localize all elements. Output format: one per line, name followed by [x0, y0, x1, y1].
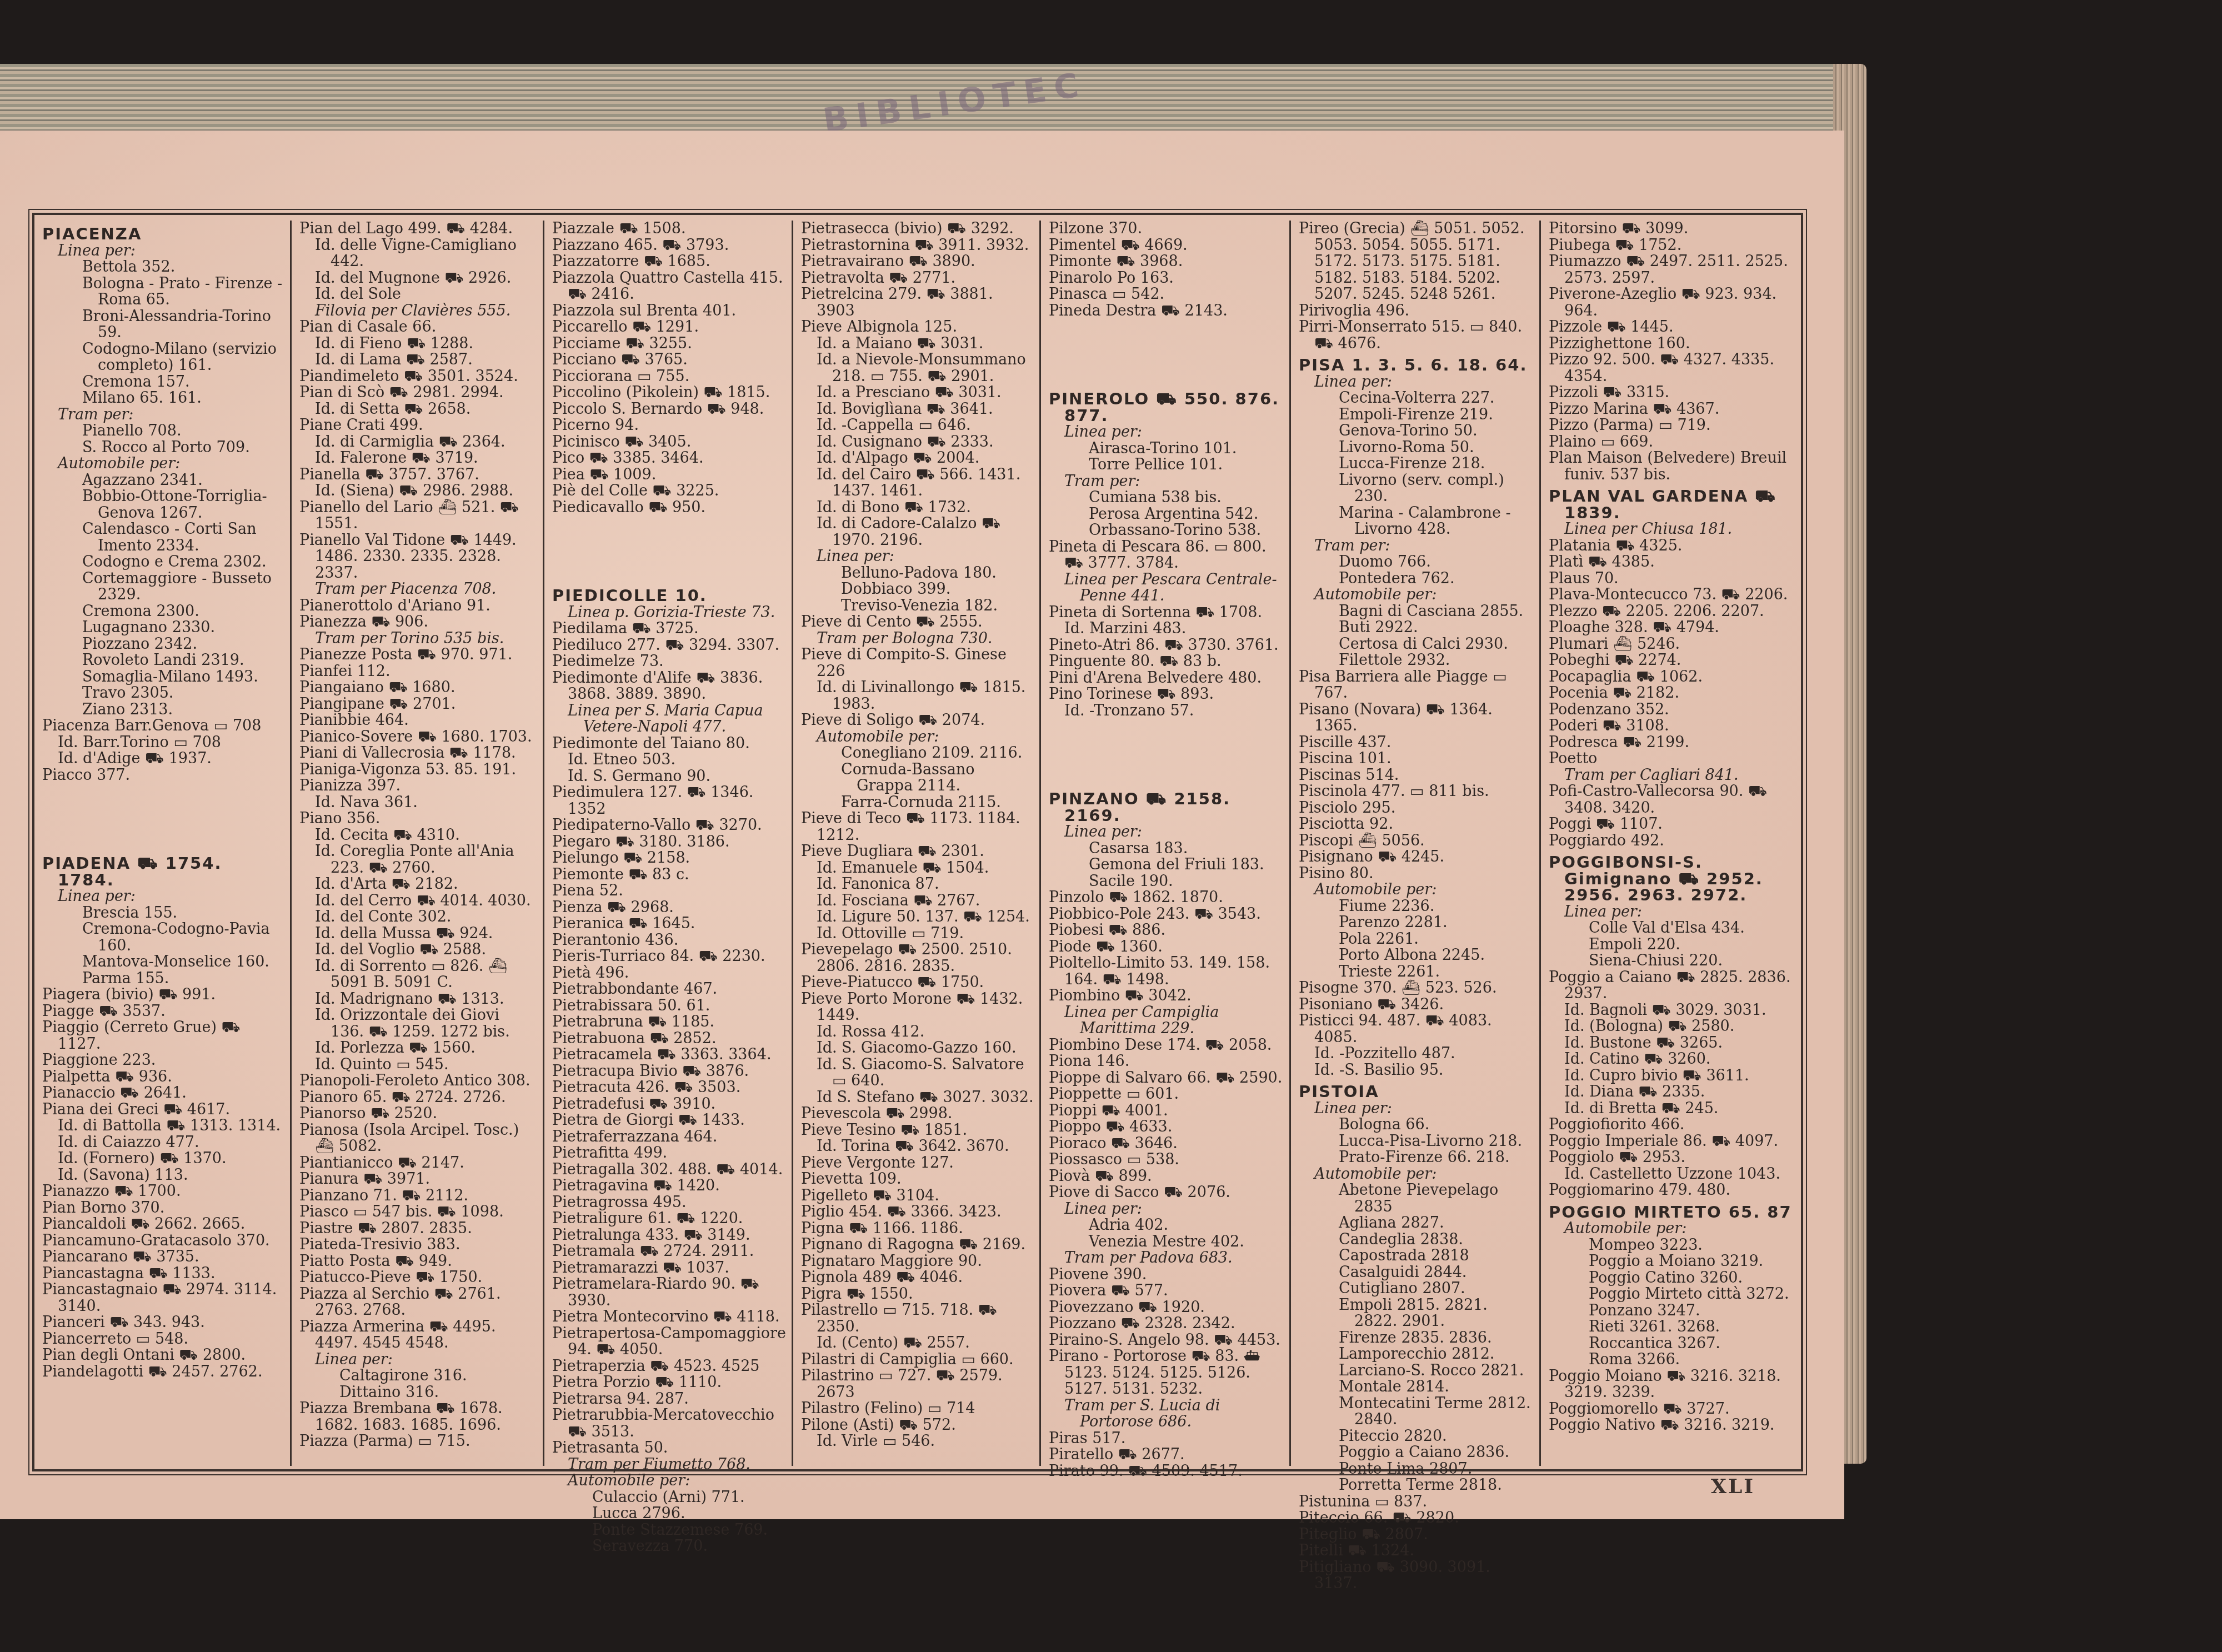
index-entry: Caltagirone 316. — [299, 1368, 537, 1384]
service-label: Automobile per: — [1299, 1166, 1534, 1183]
index-entry: Id. Porlezza ⛟ 1560. — [299, 1040, 537, 1057]
index-entry: Pigelleto ⛟ 3104. — [801, 1188, 1034, 1204]
index-entry: Pievescola ⛟ 2998. — [801, 1105, 1034, 1122]
index-entry: Piazza (Parma) ▭ 715. — [299, 1433, 537, 1450]
index-entry: Id. della Mussa ⛟ 924. — [299, 925, 537, 942]
index-entry: Piedimonte del Taiano 80. — [552, 735, 786, 752]
index-entry: Piedipaterno-Vallo ⛟ 3270. — [552, 817, 786, 834]
index-entry: Pisino 80. — [1299, 865, 1534, 882]
index-entry: Pisciotta 92. — [1299, 816, 1534, 833]
service-label: Filovia per Clavières 555. — [299, 303, 537, 319]
index-entry: Piteccio 66. ⛟ 2820. — [1299, 1510, 1534, 1526]
index-entry: Trieste 2261. — [1299, 964, 1534, 980]
index-entry: Rieti 3261. 3268. — [1549, 1319, 1795, 1335]
index-entry: Empoli 2815. 2821. 2822. 2901. — [1299, 1297, 1534, 1330]
index-entry: Pofi-Castro-Vallecorsa 90. ⛟ 3408. 3420. — [1549, 783, 1795, 816]
index-entry: Ziano 2313. — [42, 702, 284, 718]
index-entry: Pietrarubbia-Mercatovecchio ⛟ 3513. — [552, 1407, 786, 1440]
index-entry: Pietragavina ⛟ 1420. — [552, 1178, 786, 1194]
index-entry: Id. di Carmiglia ⛟ 2364. — [299, 434, 537, 450]
index-entry: Pioraco ⛟ 3646. — [1049, 1135, 1284, 1152]
index-entry: Abetone Pievepelago 2835 — [1299, 1182, 1534, 1215]
index-entry: Id. Virle ▭ 546. — [801, 1433, 1034, 1450]
index-entry: Pineta di Sortenna ⛟ 1708. — [1049, 604, 1284, 621]
section-heading: POGGIO MIRTETO 65. 87 — [1549, 1204, 1795, 1221]
service-label: Linea per: — [1549, 904, 1795, 920]
index-entry: Sacile 190. — [1049, 873, 1284, 890]
index-entry: Piandimeleto ⛟ 3501. 3524. — [299, 368, 537, 385]
index-entry: Pigra ⛟ 1550. — [801, 1286, 1034, 1303]
service-label: Linea per: — [299, 1351, 537, 1368]
index-entry: Picerno 94. — [552, 417, 786, 434]
index-entry: Pianopoli-Feroleto Antico 308. — [299, 1073, 537, 1089]
index-entry: Pietrapertosa-Campomaggiore 94. ⛟ 4050. — [552, 1325, 786, 1358]
index-entry: Piagera (bivio) ⛟ 991. — [42, 987, 284, 1003]
index-entry: Piazzatorre ⛟ 1685. — [552, 253, 786, 270]
index-entry: Bologna - Prato - Firenze - Roma 65. — [42, 276, 284, 308]
index-entry: Roma 3266. — [1549, 1351, 1795, 1368]
index-entry: Piedimulera 127. ⛟ 1346. 1352 — [552, 784, 786, 817]
index-entry: Poderi ⛟ 3108. — [1549, 718, 1795, 734]
index-entry: Id. di Battolla ⛟ 1313. 1314. — [42, 1118, 284, 1134]
index-entry: Bagni di Casciana 2855. — [1299, 603, 1534, 620]
index-entry: Piraino-S. Angelo 98. ⛟ 4453. — [1049, 1332, 1284, 1349]
index-entry: Pietrabbondante 467. — [552, 981, 786, 998]
index-entry: Firenze 2835. 2836. — [1299, 1330, 1534, 1346]
page-frame: PIACENZALinea per:Bettola 352.Bologna - … — [32, 213, 1803, 1471]
index-entry: Piegaro ⛟ 3180. 3186. — [552, 834, 786, 850]
service-label: Linea per Chiusa 181. — [1549, 521, 1795, 538]
index-entry: Poggio a Caiano 2836. — [1299, 1444, 1534, 1461]
index-entry: Podresca ⛟ 2199. — [1549, 734, 1795, 751]
index-entry: Piancastagna ⛟ 1133. — [42, 1265, 284, 1282]
index-entry: Pianfei 112. — [299, 663, 537, 680]
index-entry: Pisogne 370. ⛴ 523. 526. — [1299, 980, 1534, 997]
index-entry: Piverone-Azeglio ⛟ 923. 934. 964. — [1549, 286, 1795, 319]
column-3: Piazzale ⛟ 1508.Piazzano 465. ⛟ 3793.Pia… — [544, 221, 793, 1466]
index-entry: Lucca-Firenze 218. — [1299, 455, 1534, 472]
index-entry: Id. S. Giacomo-Gazzo 160. — [801, 1040, 1034, 1057]
index-entry: Pianura ⛟ 3971. — [299, 1171, 537, 1188]
index-entry: Pietracamela ⛟ 3363. 3364. — [552, 1047, 786, 1063]
section-heading: PINZANO ⛟ 2158. 2169. — [1049, 791, 1284, 824]
index-entry: Agliana 2827. — [1299, 1215, 1534, 1232]
index-entry: Id. Cupro bivio ⛟ 3611. — [1549, 1068, 1795, 1084]
index-entry: Cumiana 538 bis. — [1049, 489, 1284, 506]
index-entry: Id. Castelletto Uzzone 1043. — [1549, 1166, 1795, 1183]
index-entry: Brescia 155. — [42, 905, 284, 922]
index-entry: Pimonte ⛟ 3968. — [1049, 253, 1284, 270]
index-entry: Pilone (Asti) ⛟ 572. — [801, 1417, 1034, 1434]
index-entry: Id. d'Adige ⛟ 1937. — [42, 750, 284, 767]
index-entry: Pienza ⛟ 2968. — [552, 899, 786, 916]
index-entry: Pieris-Turriaco 84. ⛟ 2230. — [552, 948, 786, 965]
index-entry: Poggio Nativo ⛟ 3216. 3219. — [1549, 1417, 1795, 1434]
column-2: Pian del Lago 499. ⛟ 4284.Id. delle Vign… — [292, 221, 544, 1466]
index-entry: Id. di Sorrento ▭ 826. ⛴ 5091 B. 5091 C. — [299, 958, 537, 991]
service-label: Tram per Cagliari 841. — [1549, 767, 1795, 784]
index-entry: Pievetta 109. — [801, 1171, 1034, 1188]
index-entry: Pietra Porzio ⛟ 1110. — [552, 1374, 786, 1391]
service-label: Tram per: — [1049, 473, 1284, 490]
index-entry: Adria 402. — [1049, 1217, 1284, 1234]
index-entry: Bologna 66. — [1299, 1117, 1534, 1133]
index-entry: Pignataro Maggiore 90. — [801, 1253, 1034, 1270]
index-entry: Pitelli ⛟ 1324. — [1299, 1543, 1534, 1559]
index-entry: Pieve di Compito-S. Ginese 226 — [801, 647, 1034, 679]
index-entry: Piatucco-Pieve ⛟ 1750. — [299, 1269, 537, 1286]
index-entry: Piteccio 2820. — [1299, 1428, 1534, 1445]
index-entry: Plumari ⛴ 5246. — [1549, 636, 1795, 653]
index-entry: Pielungo ⛟ 2158. — [552, 850, 786, 867]
index-entry: Pietramarazzi ⛟ 1037. — [552, 1260, 786, 1276]
index-entry: Siena-Chiusi 220. — [1549, 953, 1795, 969]
index-entry: Piratello ⛟ 2677. — [1049, 1446, 1284, 1463]
service-label: Automobile per: — [1299, 587, 1534, 603]
index-entry: Pigna ⛟ 1166. 1186. — [801, 1220, 1034, 1237]
index-entry: Id. -S. Basilio 95. — [1299, 1062, 1534, 1079]
index-entry: Piedimelze 73. — [552, 653, 786, 670]
service-label: Linea per: — [42, 243, 284, 259]
index-entry: Piovà ⛟ 899. — [1049, 1168, 1284, 1185]
index-entry: Pignano di Ragogna ⛟ 2169. — [801, 1237, 1034, 1253]
section-heading: PISTOIA — [1299, 1084, 1534, 1100]
index-entry: Cortemaggiore - Busseto 2329. — [42, 570, 284, 603]
index-entry: Id. Diana ⛟ 2335. — [1549, 1084, 1795, 1100]
index-entry: Belluno-Padova 180. — [801, 565, 1034, 582]
index-entry: Pietrabuona ⛟ 2852. — [552, 1030, 786, 1047]
index-entry: Id. a Maiano ⛟ 3031. — [801, 336, 1034, 352]
index-entry: Piediluco 277. ⛟ 3294. 3307. — [552, 637, 786, 654]
index-entry: Pisoniano ⛟ 3426. — [1299, 997, 1534, 1013]
index-entry: Pietragrossa 495. — [552, 1194, 786, 1211]
index-entry: Pianerottolo d'Ariano 91. — [299, 598, 537, 614]
index-entry: Casalguidi 2844. — [1299, 1264, 1534, 1281]
service-label: Linea per: — [42, 888, 284, 905]
index-entry: Pietraperzia ⛟ 4523. 4525 — [552, 1358, 786, 1375]
index-entry: Id. -Tronzano 57. — [1049, 703, 1284, 719]
index-entry: Poggio a Caiano ⛟ 2825. 2836. 2937. — [1549, 969, 1795, 1002]
index-entry: Pilastro (Felino) ▭ 714 — [801, 1400, 1034, 1417]
spacer — [1049, 719, 1284, 785]
index-entry: Perosa Argentina 542. — [1049, 506, 1284, 523]
index-entry: Codogno e Crema 2302. — [42, 554, 284, 570]
service-label: Automobile per: — [42, 455, 284, 472]
index-entry: Piaggione 223. — [42, 1052, 284, 1069]
index-entry: Id. Cusignano ⛟ 2333. — [801, 434, 1034, 450]
index-entry: Id. Catino ⛟ 3260. — [1549, 1051, 1795, 1068]
index-entry: Id. Barr.Torino ▭ 708 — [42, 734, 284, 751]
index-entry: Piozzano ⛟ 2328. 2342. — [1049, 1315, 1284, 1332]
section-heading: PLAN VAL GARDENA ⛟ 1839. — [1549, 488, 1795, 521]
index-entry: Calendasco - Corti San Imento 2334. — [42, 521, 284, 554]
index-entry: Piantianicco ⛟ 2147. — [299, 1155, 537, 1172]
index-entry: Piscinas 514. — [1299, 767, 1534, 784]
index-entry: Piena 52. — [552, 883, 786, 899]
index-entry: Piombino Dese 174. ⛟ 2058. — [1049, 1037, 1284, 1054]
index-entry: Pineto-Atri 86. ⛟ 3730. 3761. — [1049, 637, 1284, 654]
index-entry: Livorno (serv. compl.) 230. — [1299, 472, 1534, 505]
service-label: Linea p. Gorizia-Trieste 73. — [552, 604, 786, 621]
index-entry: Piteglio ⛟ 2807. — [1299, 1526, 1534, 1543]
index-entry: Orbassano-Torino 538. — [1049, 522, 1284, 539]
index-entry: Culaccio (Arni) 771. — [552, 1489, 786, 1506]
index-entry: Venezia Mestre 402. — [1049, 1234, 1284, 1250]
index-entry: Farra-Cornuda 2115. — [801, 794, 1034, 811]
index-entry: Pizzoli ⛟ 3315. — [1549, 384, 1795, 401]
index-entry: Cremona 2300. — [42, 603, 284, 620]
index-entry: Pialpetta ⛟ 936. — [42, 1069, 284, 1085]
index-entry: Pian degli Ontani ⛟ 2800. — [42, 1347, 284, 1364]
index-entry: Pizzole ⛟ 1445. — [1549, 319, 1795, 336]
index-entry: Poggio Moiano ⛟ 3216. 3218. 3219. 3239. — [1549, 1368, 1795, 1401]
index-entry: Id. a Nievole-Monsummano 218. ▭ 755. ⛟ 2… — [801, 352, 1034, 384]
index-entry: Piazza Armerina ⛟ 4495. 4497. 4545 4548. — [299, 1319, 537, 1351]
index-entry: Picciorana ▭ 755. — [552, 368, 786, 385]
index-entry: Ploaghe 328. ⛟ 4794. — [1549, 619, 1795, 636]
index-entry: Piobbico-Pole 243. ⛟ 3543. — [1049, 906, 1284, 923]
index-entry: Parenzo 2281. — [1299, 914, 1534, 931]
index-entry: Piobesi ⛟ 886. — [1049, 922, 1284, 939]
index-entry: Buti 2922. — [1299, 619, 1534, 636]
index-entry: Piovera ⛟ 577. — [1049, 1283, 1284, 1299]
index-entry: Travo 2305. — [42, 685, 284, 702]
index-entry: Fiume 2236. — [1299, 898, 1534, 915]
index-entry: Piangipane ⛟ 2701. — [299, 696, 537, 713]
index-entry: Pianaccio ⛟ 2641. — [42, 1085, 284, 1102]
index-entry: Id. di Livinallongo ⛟ 1815. 1983. — [801, 679, 1034, 712]
index-entry: Pietralunga 433. ⛟ 3149. — [552, 1227, 786, 1244]
index-entry: Pirivoglia 496. — [1299, 303, 1534, 319]
page-number: XLI — [1711, 1475, 1755, 1498]
spacer — [552, 515, 786, 582]
index-entry: Pizzo Marina ⛟ 4367. — [1549, 401, 1795, 418]
index-entry: Piscopi ⛴ 5056. — [1299, 833, 1534, 849]
index-entry: Pilastri di Campiglia ▭ 660. — [801, 1351, 1034, 1368]
index-entry: Pianazzo ⛟ 1700. — [42, 1183, 284, 1200]
index-entry: Id. Falerone ⛟ 3719. — [299, 450, 537, 467]
index-entry: Piazza al Serchio ⛟ 2761. 2763. 2768. — [299, 1286, 537, 1319]
index-entry: Bobbio-Ottone-Torriglia-Genova 1267. — [42, 488, 284, 521]
index-entry: Id. Marzini 483. — [1049, 620, 1284, 637]
index-entry: Cecina-Volterra 227. — [1299, 390, 1534, 407]
index-entry: Id. Rossa 412. — [801, 1024, 1034, 1040]
index-entry: Pisticci 94. 487. ⛟ 4083. 4085. — [1299, 1013, 1534, 1045]
index-entry: Certosa di Calci 2930. — [1299, 636, 1534, 653]
spacer — [1049, 319, 1284, 386]
index-entry: Pianosa (Isola Arcipel. Tosc.) ⛴ 5082. — [299, 1122, 537, 1155]
index-entry: Pierantonio 436. — [552, 932, 786, 949]
service-label: Automobile per: — [1549, 1220, 1795, 1237]
index-entry: Pieve Albignola 125. — [801, 319, 1034, 336]
index-entry: Cutigliano 2807. — [1299, 1280, 1534, 1297]
index-entry: Pocapaglia ⛟ 1062. — [1549, 669, 1795, 685]
index-entry: Id. Etneo 503. — [552, 752, 786, 768]
index-entry: Piove di Sacco ⛟ 2076. — [1049, 1184, 1284, 1201]
index-entry: Pietramala ⛟ 2724. 2911. — [552, 1243, 786, 1260]
index-entry: Piode ⛟ 1360. — [1049, 939, 1284, 955]
index-entry: Pietragalla 302. 488. ⛟ 4014. — [552, 1162, 786, 1178]
index-entry: Cremona 157. — [42, 374, 284, 391]
index-entry: Platania ⛟ 4325. — [1549, 538, 1795, 554]
index-entry: Id. Madrignano ⛟ 1313. — [299, 991, 537, 1008]
index-entry: Poggio Mirteto città 3272. — [1549, 1286, 1795, 1303]
index-entry: Piona 146. — [1049, 1053, 1284, 1070]
index-entry: Id. di Lama ⛟ 2587. — [299, 352, 537, 368]
section-heading: PIADENA ⛟ 1754. 1784. — [42, 855, 284, 888]
index-entry: Pietra de Giorgi ⛟ 1433. — [552, 1112, 786, 1129]
index-entry: Pobeghi ⛟ 2274. — [1549, 652, 1795, 669]
index-entry: Poetto — [1549, 750, 1795, 767]
index-entry: Pilzone 370. — [1049, 221, 1284, 237]
index-entry: Porretta Terme 2818. — [1299, 1477, 1534, 1494]
index-entry: Cremona-Codogno-Pavia 160. — [42, 921, 284, 954]
index-entry: Poggiomorello ⛟ 3727. — [1549, 1401, 1795, 1418]
index-entry: Pietrarsa 94. 287. — [552, 1391, 786, 1408]
index-entry: Piastre ⛟ 2807. 2835. — [299, 1220, 537, 1237]
index-entry: Pizzighettone 160. — [1549, 336, 1795, 352]
index-entry: Pietramelara-Riardo 90. ⛟ 3930. — [552, 1276, 786, 1309]
index-entry: Treviso-Venezia 182. — [801, 598, 1034, 614]
section-heading: PIEDICOLLE 10. — [552, 588, 786, 604]
index-entry: Cornuda-Bassano Grappa 2114. — [801, 762, 1034, 794]
index-entry: Piancaldoli ⛟ 2662. 2665. — [42, 1216, 284, 1233]
index-entry: Pietrabissara 50. 61. — [552, 998, 786, 1014]
index-entry: Pianella ⛟ 3757. 3767. — [299, 467, 537, 483]
index-entry: Empoli 220. — [1549, 937, 1795, 953]
index-entry: Id. -Cappella ▭ 646. — [801, 417, 1034, 434]
index-entry: Id. S. Germano 90. — [552, 768, 786, 785]
index-entry: Pieve Vergonte 127. — [801, 1155, 1034, 1172]
index-entry: Seravezza 770. — [552, 1538, 786, 1555]
index-entry: Plaino ▭ 669. — [1549, 434, 1795, 450]
index-entry: Id. (Cento) ⛟ 2557. — [801, 1335, 1034, 1351]
column-7: Pitorsino ⛟ 3099.Piubega ⛟ 1752.Piumazzo… — [1541, 221, 1801, 1466]
index-entry: Piea ⛟ 1009. — [552, 467, 786, 483]
index-entry: Piccolo S. Bernardo ⛟ 948. — [552, 401, 786, 418]
index-entry: Piubega ⛟ 1752. — [1549, 237, 1795, 254]
index-entry: Pianello del Lario ⛴ 521. ⛟ 1551. — [299, 499, 537, 532]
index-entry: Piazzola Quattro Castella 415. ⛟ 2416. — [552, 270, 786, 303]
index-entry: Piazzano 465. ⛟ 3793. — [552, 237, 786, 254]
index-entry: Pineda Destra ⛟ 2143. — [1049, 303, 1284, 319]
index-entry: Lucca 2796. — [552, 1505, 786, 1522]
index-entry: Id. (Fornero) ⛟ 1370. — [42, 1150, 284, 1167]
index-entry: Piovezzano ⛟ 1920. — [1049, 1299, 1284, 1316]
service-label: Automobile per: — [1299, 882, 1534, 898]
index-entry: Montecatini Terme 2812. 2840. — [1299, 1395, 1534, 1428]
index-entry: Pietrasanta 50. — [552, 1440, 786, 1456]
index-entry: Pirano - Portorose ⛟ 83. ⛴ 5123. 5124. 5… — [1049, 1348, 1284, 1398]
index-entry: Empoli-Firenze 219. — [1299, 407, 1534, 423]
index-entry: Id. del Sole — [299, 286, 537, 303]
index-entry: Id. -Pozzitello 487. — [1299, 1045, 1534, 1062]
index-entry: Somaglia-Milano 1493. — [42, 669, 284, 685]
index-entry: Pini d'Arena Belvedere 480. — [1049, 670, 1284, 687]
column-4: Pietrasecca (bivio) ⛟ 3292.Pietrastornin… — [793, 221, 1041, 1466]
index-entry: Pieve di Soligo ⛟ 2074. — [801, 712, 1034, 729]
column-5: Pilzone 370.Pimentel ⛟ 4669.Pimonte ⛟ 39… — [1041, 221, 1291, 1466]
service-label: Linea per: — [801, 548, 1034, 565]
service-label: Automobile per: — [801, 729, 1034, 745]
index-entry: Pianezza ⛟ 906. — [299, 614, 537, 630]
index-entry: Pistunina ▭ 837. — [1299, 1494, 1534, 1510]
index-entry: Pirato 99. ⛟ 4509. 4517. — [1049, 1463, 1284, 1480]
index-entry: Piane Crati 499. — [299, 417, 537, 434]
section-heading: PISA 1. 3. 5. 6. 18. 64. — [1299, 357, 1534, 374]
index-entry: Piazzola sul Brenta 401. — [552, 303, 786, 319]
index-entry: Pietrasecca (bivio) ⛟ 3292. — [801, 221, 1034, 237]
index-entry: Pietravairano ⛟ 3890. — [801, 253, 1034, 270]
index-entry: Piaggio (Cerreto Grue) ⛟ 1127. — [42, 1019, 284, 1052]
index-entry: Gemona del Friuli 183. — [1049, 857, 1284, 873]
index-entry: Pieve di Teco ⛟ 1173. 1184. 1212. — [801, 810, 1034, 843]
index-entry: Poggi ⛟ 1107. — [1549, 816, 1795, 833]
index-entry: Airasca-Torino 101. — [1049, 440, 1284, 457]
index-entry: Pianceri ⛟ 343. 943. — [42, 1314, 284, 1331]
index-entry: Picciano ⛟ 3765. — [552, 352, 786, 368]
index-entry: Piano 356. — [299, 810, 537, 827]
index-entry: Id. Bustone ⛟ 3265. — [1549, 1035, 1795, 1052]
index-entry: Pisa Barriera alle Piagge ▭ 767. — [1299, 669, 1534, 702]
index-entry: Id. S. Giacomo-S. Salvatore ▭ 640. — [801, 1057, 1034, 1089]
index-entry: Id. (Savona) 113. — [42, 1167, 284, 1184]
service-label: Linea per: — [1299, 374, 1534, 391]
index-entry: Conegliano 2109. 2116. — [801, 745, 1034, 762]
index-entry: Lucca-Pisa-Livorno 218. — [1299, 1133, 1534, 1150]
index-entry: Pisano (Novara) ⛟ 1364. 1365. — [1299, 702, 1534, 734]
index-entry: Capostrada 2818 — [1299, 1248, 1534, 1264]
index-entry: Id. Bagnoli ⛟ 3029. 3031. — [1549, 1002, 1795, 1019]
service-label: Tram per: — [1299, 538, 1534, 554]
column-6: Pireo (Grecia) ⛴ 5051. 5052. 5053. 5054.… — [1291, 221, 1541, 1466]
index-entry: Id. Torina ⛟ 3642. 3670. — [801, 1138, 1034, 1155]
index-entry: Colle Val d'Elsa 434. — [1549, 920, 1795, 937]
index-entry: Piedimonte d'Alife ⛟ 3836. 3868. 3889. 3… — [552, 670, 786, 703]
index-entry: Poggio Catino 3260. — [1549, 1270, 1795, 1286]
index-entry: Pietracuta 426. ⛟ 3503. — [552, 1079, 786, 1096]
index-entry: Piumazzo ⛟ 2497. 2511. 2525. 2573. 2597. — [1549, 253, 1795, 286]
index-entry: Torre Pellice 101. — [1049, 457, 1284, 473]
index-entry: Pietà 496. — [552, 965, 786, 982]
index-entry: Poggiardo 492. — [1549, 833, 1795, 849]
index-entry: Id. Coreglia Ponte all'Ania 223. ⛟ 2760. — [299, 843, 537, 876]
service-label: Linea per Campiglia Marittima 229. — [1049, 1004, 1284, 1037]
index-entry: Id. del Mugnone ⛟ 2926. — [299, 270, 537, 287]
index-entry: Plan Maison (Belvedere) Breuil funiv. 53… — [1549, 450, 1795, 483]
index-entry: Plezzo ⛟ 2205. 2206. 2207. — [1549, 603, 1795, 620]
index-entry: Id. di Cadore-Calalzo ⛟ 1970. 2196. — [801, 515, 1034, 548]
index-entry: Piscina 101. — [1299, 750, 1534, 767]
index-entry: Pievepelago ⛟ 2500. 2510. 2806. 2816. 28… — [801, 942, 1034, 974]
index-entry: Piossasco ▭ 538. — [1049, 1152, 1284, 1168]
index-entry: Piagge ⛟ 3537. — [42, 1003, 284, 1020]
index-entry: Filettole 2932. — [1299, 652, 1534, 669]
service-label: Tram per S. Lucia di Portorose 686. — [1049, 1398, 1284, 1430]
index-entry: Pisignano ⛟ 4245. — [1299, 849, 1534, 865]
index-entry: Pioltello-Limito 53. 149. 158. 164. ⛟ 14… — [1049, 955, 1284, 988]
index-entry: Pioppe di Salvaro 66. ⛟ 2590. — [1049, 1070, 1284, 1087]
index-entry: Pietraferrazzana 464. — [552, 1129, 786, 1145]
index-entry: Id. Orizzontale dei Giovi 136. ⛟ 1259. 1… — [299, 1007, 537, 1040]
index-entry: Pioppi ⛟ 4001. — [1049, 1103, 1284, 1119]
service-label: Linea per: — [1049, 424, 1284, 440]
index-entry: Pioppo ⛟ 4633. — [1049, 1119, 1284, 1135]
index-entry: Pianello 708. — [42, 423, 284, 439]
index-entry: Piatto Posta ⛟ 949. — [299, 1253, 537, 1270]
index-entry: Pianibbie 464. — [299, 712, 537, 729]
section-heading: POGGIBONSI-S. Gimignano ⛟ 2952. 2956. 29… — [1549, 854, 1795, 904]
